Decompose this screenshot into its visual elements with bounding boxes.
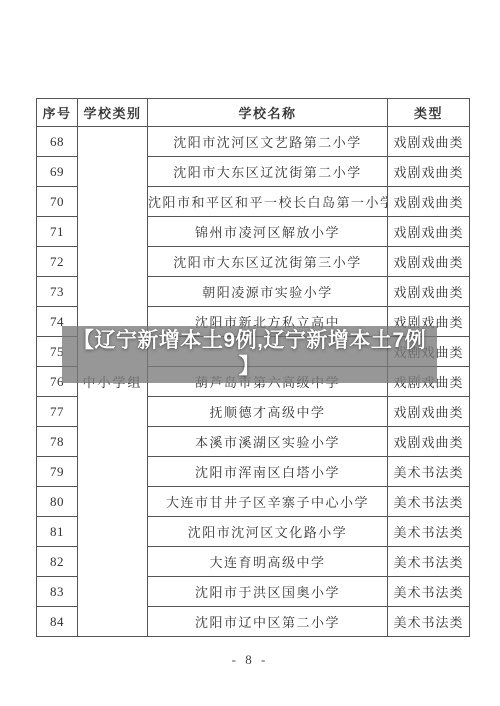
school-name-cell: 沈阳市大东区辽沈街第三小学 bbox=[148, 247, 388, 277]
type-cell: 戏剧戏曲类 bbox=[388, 247, 470, 277]
school-name-cell: 沈阳市辽中区第二小学 bbox=[148, 607, 388, 637]
school-name-cell: 大连育明高级中学 bbox=[148, 547, 388, 577]
news-caption-overlay: 【辽宁新增本土9例,辽宁新增本土7例 】 bbox=[62, 326, 437, 383]
school-name-cell: 沈阳市沈河区文艺路第二小学 bbox=[148, 127, 388, 157]
type-cell: 戏剧戏曲类 bbox=[388, 277, 470, 307]
school-name-cell: 抚顺德才高级中学 bbox=[148, 397, 388, 427]
row-index-cell: 83 bbox=[37, 577, 78, 607]
type-cell: 戏剧戏曲类 bbox=[388, 397, 470, 427]
school-name-cell: 沈阳市浑南区白塔小学 bbox=[148, 457, 388, 487]
document-page: 序号 学校类别 学校名称 类型 68中小学组沈阳市沈河区文艺路第二小学戏剧戏曲类… bbox=[0, 0, 500, 706]
school-name-cell: 大连市甘井子区辛寨子中心小学 bbox=[148, 487, 388, 517]
type-cell: 美术书法类 bbox=[388, 547, 470, 577]
type-cell: 戏剧戏曲类 bbox=[388, 127, 470, 157]
row-index-cell: 69 bbox=[37, 157, 78, 187]
type-cell: 戏剧戏曲类 bbox=[388, 427, 470, 457]
type-cell: 美术书法类 bbox=[388, 577, 470, 607]
type-cell: 戏剧戏曲类 bbox=[388, 217, 470, 247]
row-index-cell: 73 bbox=[37, 277, 78, 307]
row-index-cell: 71 bbox=[37, 217, 78, 247]
school-name-cell: 沈阳市和平区和平一校长白岛第一小学 bbox=[148, 187, 388, 217]
school-name-cell: 锦州市凌河区解放小学 bbox=[148, 217, 388, 247]
column-header-category: 学校类别 bbox=[78, 99, 148, 127]
type-cell: 美术书法类 bbox=[388, 457, 470, 487]
row-index-cell: 70 bbox=[37, 187, 78, 217]
school-name-cell: 沈阳市大东区辽沈街第二小学 bbox=[148, 157, 388, 187]
type-cell: 美术书法类 bbox=[388, 487, 470, 517]
table-header-row: 序号 学校类别 学校名称 类型 bbox=[37, 99, 470, 127]
type-cell: 戏剧戏曲类 bbox=[388, 187, 470, 217]
row-index-cell: 84 bbox=[37, 607, 78, 637]
row-index-cell: 78 bbox=[37, 427, 78, 457]
type-cell: 美术书法类 bbox=[388, 517, 470, 547]
school-name-cell: 沈阳市沈河区文化路小学 bbox=[148, 517, 388, 547]
row-index-cell: 80 bbox=[37, 487, 78, 517]
row-index-cell: 68 bbox=[37, 127, 78, 157]
row-index-cell: 77 bbox=[37, 397, 78, 427]
news-caption-line-2: 】 bbox=[239, 354, 261, 380]
table-row: 68中小学组沈阳市沈河区文艺路第二小学戏剧戏曲类 bbox=[37, 127, 470, 157]
school-name-cell: 朝阳凌源市实验小学 bbox=[148, 277, 388, 307]
page-number: - 8 - bbox=[0, 652, 500, 668]
school-name-cell: 本溪市溪湖区实验小学 bbox=[148, 427, 388, 457]
column-header-school-name: 学校名称 bbox=[148, 99, 388, 127]
school-name-cell: 沈阳市于洪区国奥小学 bbox=[148, 577, 388, 607]
row-index-cell: 79 bbox=[37, 457, 78, 487]
row-index-cell: 72 bbox=[37, 247, 78, 277]
type-cell: 戏剧戏曲类 bbox=[388, 157, 470, 187]
column-header-type: 类型 bbox=[388, 99, 470, 127]
row-index-cell: 82 bbox=[37, 547, 78, 577]
column-header-index: 序号 bbox=[37, 99, 78, 127]
news-caption-line-1: 【辽宁新增本土9例,辽宁新增本土7例 bbox=[73, 328, 426, 354]
row-index-cell: 81 bbox=[37, 517, 78, 547]
type-cell: 美术书法类 bbox=[388, 607, 470, 637]
